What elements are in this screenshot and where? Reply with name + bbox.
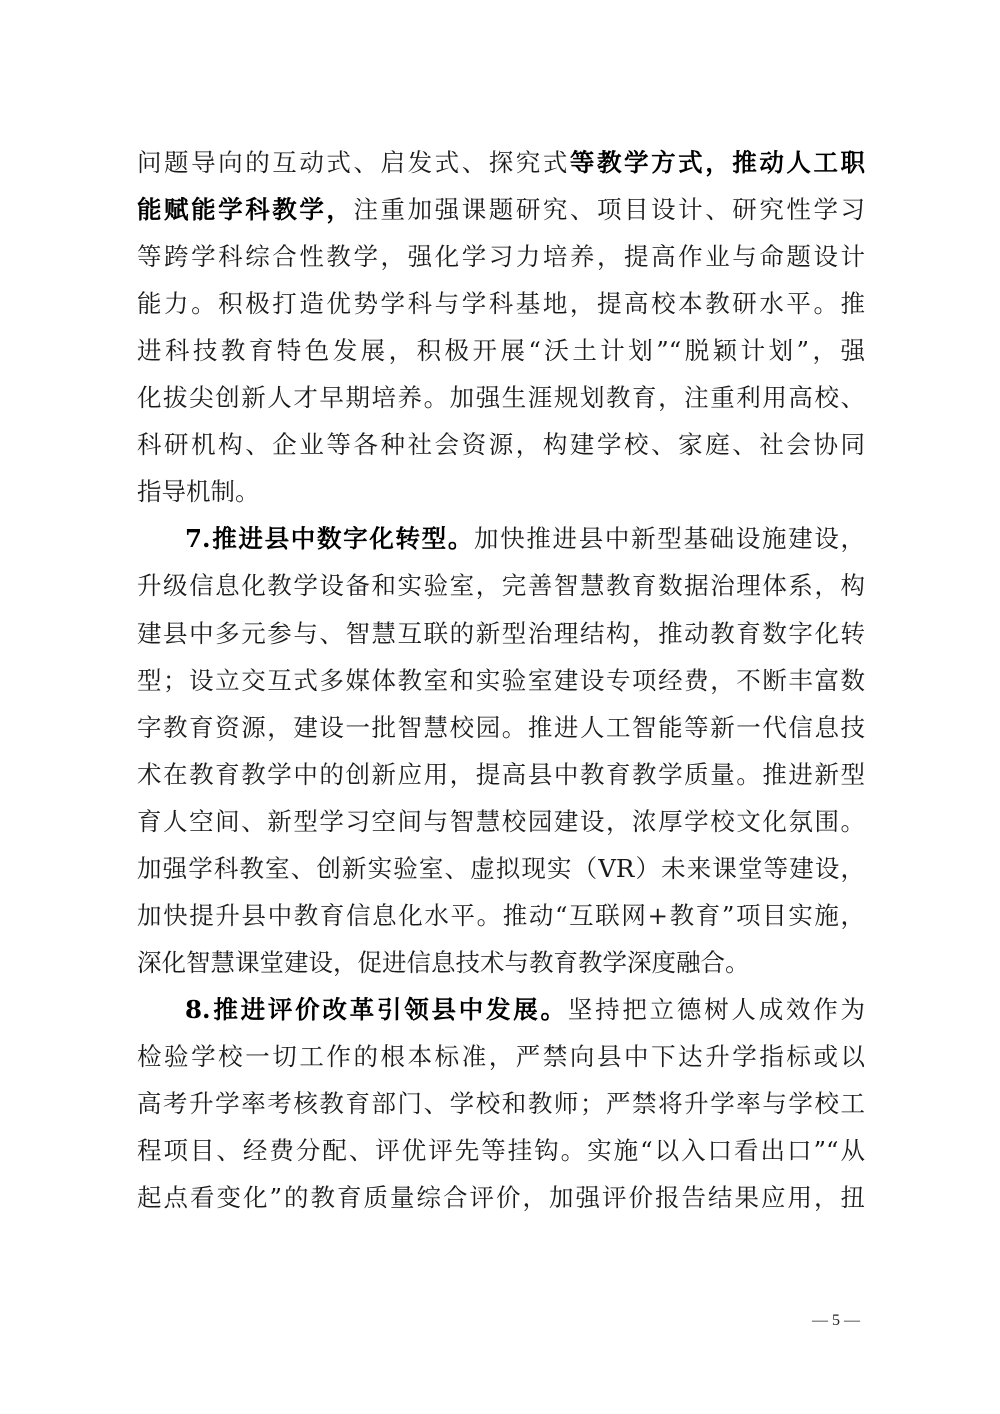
text-line: 能力。积极打造优势学科与学科基地，提高校本教研水平。推 [137,284,865,324]
text-line: 化拔尖创新人才早期培养。加强生涯规划教育，注重利用高校、 [137,378,865,418]
body-text-span: 问题导向的互动式、启发式、探究式 [137,148,570,177]
text-line: 加强学科教室、创新实验室、虚拟现实（VR）未来课堂等建设， [137,849,865,889]
paragraph-heading-line: 7.推进县中数字化转型。加快推进县中新型基础设施建设， [185,519,865,559]
bold-text: 8.推进评价改革引领县中发展。 [185,995,568,1024]
body-text-span: 育人空间、新型学习空间与智慧校园建设，浓厚学校文化氛围。 [137,807,865,836]
bold-text: 7.推进县中数字化转型。 [185,524,474,553]
text-line: 能赋能学科教学，注重加强课题研究、项目设计、研究性学习 [137,190,865,230]
body-text-span: 深化智慧课堂建设，促进信息技术与教育教学深度融合。 [137,948,750,977]
body-text-span: 程项目、经费分配、评优评先等挂钩。实施“以入口看出口”“从 [137,1136,865,1165]
text-line: 等跨学科综合性教学，强化学习力培养，提高作业与命题设计 [137,237,865,277]
text-line: 程项目、经费分配、评优评先等挂钩。实施“以入口看出口”“从 [137,1131,865,1171]
body-text-span: 升级信息化教学设备和实验室，完善智慧教育数据治理体系，构 [137,571,865,600]
paragraph-heading-line: 8.推进评价改革引领县中发展。坚持把立德树人成效作为 [185,990,865,1030]
text-line: 建县中多元参与、智慧互联的新型治理结构，推动教育数字化转 [137,614,865,654]
text-line: 型；设立交互式多媒体教室和实验室建设专项经费，不断丰富数 [137,661,865,701]
text-line: 字教育资源，建设一批智慧校园。推进人工智能等新一代信息技 [137,708,865,748]
text-line: 进科技教育特色发展，积极开展“沃土计划”“脱颖计划”，强 [137,331,865,371]
body-text-span: 加强学科教室、创新实验室、虚拟现实（VR）未来课堂等建设， [137,854,865,883]
body-text-span: 加快提升县中教育信息化水平。推动“互联网+教育”项目实施， [137,901,865,930]
body-text-span: 高考升学率考核教育部门、学校和教师；严禁将升学率与学校工 [137,1089,865,1118]
body-text-span: 检验学校一切工作的根本标准，严禁向县中下达升学指标或以 [137,1042,865,1071]
body-text-span: 坚持把立德树人成效作为 [568,995,865,1024]
text-line: 升级信息化教学设备和实验室，完善智慧教育数据治理体系，构 [137,566,865,606]
document-page: 问题导向的互动式、启发式、探究式等教学方式，推动人工职能赋能学科教学，注重加强课… [0,0,1000,1414]
body-text-span: 术在教育教学中的创新应用，提高县中教育教学质量。推进新型 [137,760,865,789]
text-line: 起点看变化”的教育质量综合评价，加强评价报告结果应用，扭 [137,1178,865,1218]
body-text-span: 字教育资源，建设一批智慧校园。推进人工智能等新一代信息技 [137,713,865,742]
text-line: 科研机构、企业等各种社会资源，构建学校、家庭、社会协同 [137,425,865,465]
body-text-span: 加快推进县中新型基础设施建设， [474,524,865,553]
bold-text: 等教学方式，推动人工职 [570,148,865,177]
body-text-span: 指导机制。 [137,477,260,506]
text-line: 术在教育教学中的创新应用，提高县中教育教学质量。推进新型 [137,755,865,795]
page-number: — 5 — [812,1309,860,1333]
body-text-span: 等跨学科综合性教学，强化学习力培养，提高作业与命题设计 [137,242,865,271]
text-line: 检验学校一切工作的根本标准，严禁向县中下达升学指标或以 [137,1037,865,1077]
body-text-span: 注重加强课题研究、项目设计、研究性学习 [353,195,865,224]
text-line: 育人空间、新型学习空间与智慧校园建设，浓厚学校文化氛围。 [137,802,865,842]
body-text-span: 型；设立交互式多媒体教室和实验室建设专项经费，不断丰富数 [137,666,865,695]
text-line: 加快提升县中教育信息化水平。推动“互联网+教育”项目实施， [137,896,865,936]
body-text-span: 起点看变化”的教育质量综合评价，加强评价报告结果应用，扭 [137,1183,865,1212]
text-line: 深化智慧课堂建设，促进信息技术与教育教学深度融合。 [137,943,865,983]
body-text-span: 化拔尖创新人才早期培养。加强生涯规划教育，注重利用高校、 [137,383,865,412]
text-line: 问题导向的互动式、启发式、探究式等教学方式，推动人工职 [137,143,865,183]
text-line: 高考升学率考核教育部门、学校和教师；严禁将升学率与学校工 [137,1084,865,1124]
body-text-span: 建县中多元参与、智慧互联的新型治理结构，推动教育数字化转 [137,619,865,648]
text-line: 指导机制。 [137,472,865,512]
bold-text: 能赋能学科教学， [137,195,353,224]
body-text-span: 能力。积极打造优势学科与学科基地，提高校本教研水平。推 [137,289,865,318]
body-text-span: 进科技教育特色发展，积极开展“沃土计划”“脱颖计划”，强 [137,336,865,365]
body-text-span: 科研机构、企业等各种社会资源，构建学校、家庭、社会协同 [137,430,865,459]
